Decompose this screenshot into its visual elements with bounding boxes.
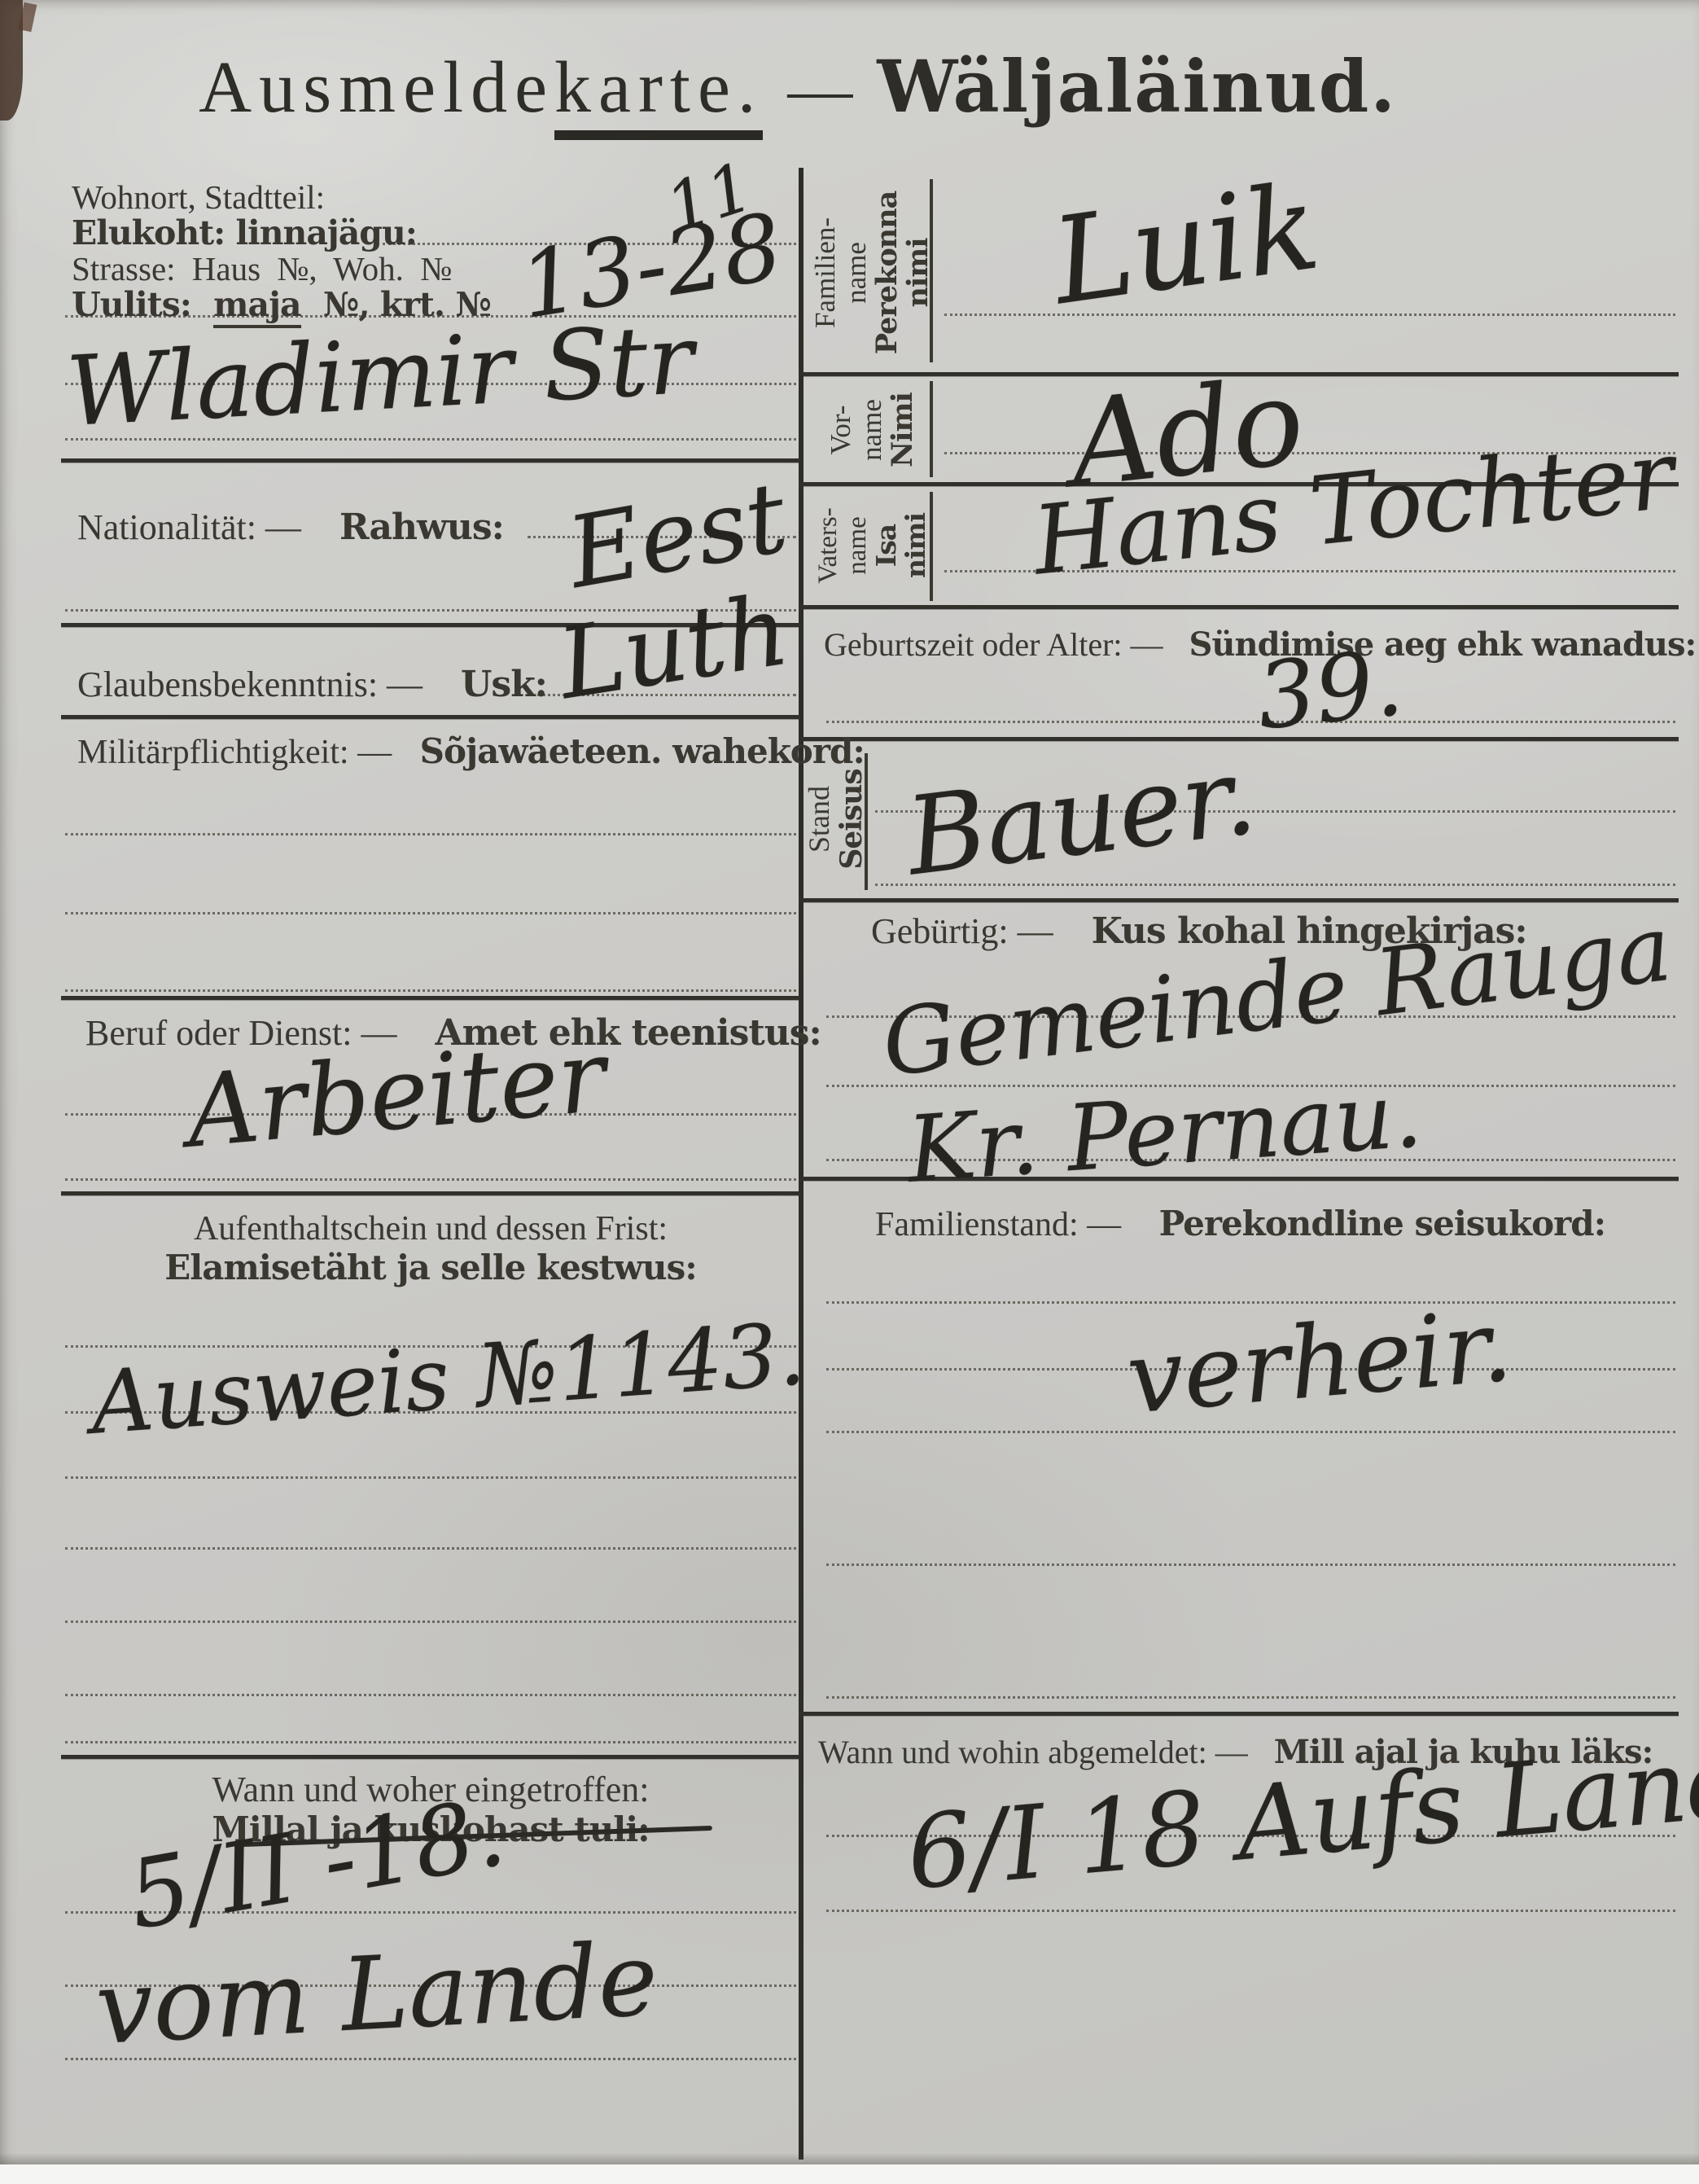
title-german-head: Ausmelde: [199, 47, 554, 128]
dotted-line: [826, 1910, 1675, 1912]
column-divider: [799, 168, 804, 2160]
estate-rotated-label: Stand Seisus: [806, 745, 865, 893]
address-label-line4-pre: Uulits:: [72, 285, 191, 324]
nationality-label-de: Nationalität: —: [77, 507, 301, 547]
handwriting-estate: Bauer.: [900, 733, 1263, 900]
handwriting-age: 39.: [1252, 630, 1408, 751]
fathersname-label-de-2: name: [843, 489, 872, 603]
military-label: Militärpflichtigkeit: — Sõjawäeteen. wah…: [77, 731, 865, 772]
handwriting-surname: Luik: [1044, 157, 1327, 331]
dotted-line: [826, 1301, 1675, 1304]
dotted-line: [65, 833, 796, 835]
rule-line: [799, 1712, 1679, 1716]
dotted-line: [65, 1741, 796, 1743]
estate-label-et: Seisus: [835, 745, 868, 893]
rule-line: [799, 605, 1679, 609]
scan-background-strip: [0, 2164, 1699, 2184]
handwriting-permit: Ausweis №1143.: [88, 1304, 808, 1454]
dotted-line: [65, 1178, 796, 1181]
family-status-label-de: Familienstand: —: [875, 1206, 1121, 1243]
dotted-line: [944, 314, 1675, 316]
religion-label: Glaubensbekenntnis: — Usk:: [77, 664, 547, 705]
rule-line: [61, 1755, 800, 1759]
dotted-line: [826, 1696, 1675, 1699]
fathersname-label-et-2: nimi: [901, 489, 931, 603]
family-status-label-et: Perekondline seisukord:: [1159, 1204, 1605, 1243]
rule-line: [61, 1191, 800, 1195]
birthplace-label-de: Gebürtig: —: [871, 911, 1053, 951]
rule-line: [61, 996, 800, 1000]
military-label-de: Militärpflichtigkeit: —: [77, 734, 392, 771]
title-dash: —: [787, 54, 852, 128]
address-label-line2: Elukoht: linnajägu:: [72, 213, 417, 252]
dotted-line: [826, 1563, 1675, 1566]
rule-line: [799, 898, 1679, 902]
dotted-line: [65, 1694, 796, 1696]
age-label-de: Geburtszeit oder Alter: —: [824, 626, 1163, 663]
title-german: Ausmeldekarte.: [199, 46, 763, 129]
surname-label-de-1: Familien-: [810, 175, 841, 371]
nationality-label: Nationalität: — Rahwus:: [77, 507, 504, 548]
permit-label-et: Elamisetäht ja selle kestwus:: [61, 1248, 800, 1287]
rule-line: [61, 715, 800, 719]
dotted-line: [65, 989, 796, 992]
firstname-label-de-1: Vor-: [825, 379, 856, 480]
handwriting-street: Wladimir Str: [63, 303, 696, 448]
surname-label-et-2: nimi: [903, 175, 934, 371]
firstname-label-et-1: Nimi: [887, 379, 918, 480]
card-title: Ausmeldekarte. — Wäljaläinud.: [0, 44, 1596, 129]
address-label-line3: Strasse: Haus №, Woh. №: [72, 249, 452, 288]
fathersname-rotated-label: Vaters- name Isa nimi: [810, 489, 934, 603]
registration-card: Ausmeldekarte. — Wäljaläinud. Wohnort, S…: [0, 0, 1699, 2184]
fathersname-label-de-1: Vaters-: [813, 489, 843, 603]
firstname-label-de-2: name: [856, 379, 887, 480]
address-label-line1: Wohnort, Stadtteil:: [72, 178, 325, 217]
paper-bottom-shadow: [0, 2153, 1699, 2164]
military-label-et: Sõjawäeteen. wahekord:: [420, 731, 865, 771]
rule-line: [61, 458, 800, 463]
departure-label-de: Wann und wohin abgemeldet: —: [818, 1734, 1248, 1770]
estate-label-de: Stand: [803, 745, 835, 893]
surname-label-de-2: name: [841, 175, 872, 371]
nationality-label-et: Rahwus:: [339, 507, 504, 548]
title-estonian: Wäljaläinud.: [877, 44, 1397, 129]
permit-label-de: Aufenthaltschein und dessen Frist:: [61, 1209, 800, 1248]
title-german-underlined: karte.: [554, 47, 763, 140]
address-label-line4-maja: maja: [213, 285, 300, 328]
fathersname-label-et-1: Isa: [872, 489, 901, 603]
dotted-line: [826, 721, 1675, 723]
dotted-line: [65, 1547, 796, 1550]
surname-label-et-1: Perekonna: [872, 175, 903, 371]
dotted-line: [65, 912, 796, 914]
handwriting-family-status: verheir.: [1123, 1287, 1517, 1436]
surname-rotated-label: Familien- name Perekonna nimi: [810, 175, 934, 371]
firstname-rotated-label: Vor- name Nimi: [810, 379, 934, 480]
dotted-line: [826, 1431, 1675, 1433]
family-status-label: Familienstand: — Perekondline seisukord:: [875, 1204, 1605, 1244]
dotted-line: [65, 1476, 796, 1479]
religion-label-de: Glaubensbekenntnis: —: [77, 664, 423, 704]
dotted-line: [65, 1620, 796, 1623]
religion-label-et: Usk:: [461, 664, 547, 705]
